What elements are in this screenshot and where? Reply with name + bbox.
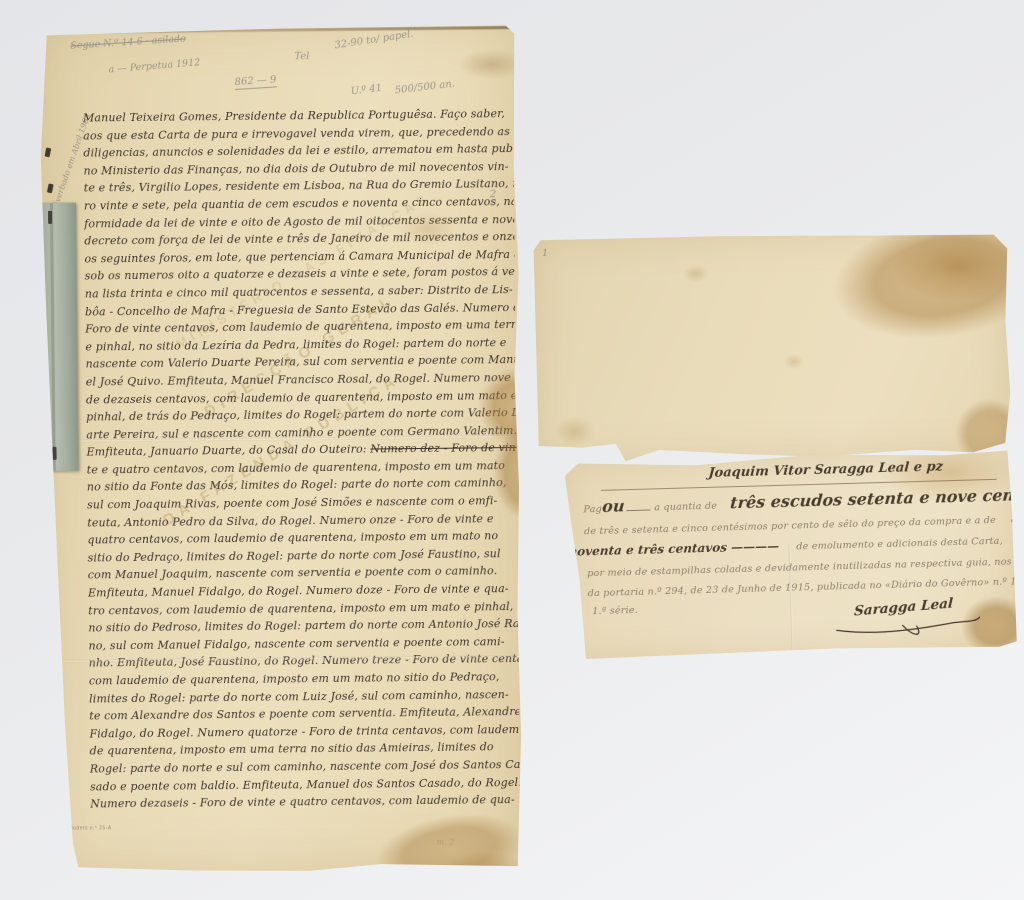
- binding-strip-fold: [50, 203, 56, 471]
- payer-name-handwriting: Joaquim Vitor Saragga Leal e pz: [708, 459, 944, 481]
- stain: [682, 265, 708, 283]
- printed-text: Pag: [583, 504, 602, 516]
- pencil-annotation: Segue N.º 14-6 · asilado: [70, 33, 186, 51]
- receipt-front-piece: Joaquim Vitor Saragga Leal e pz Pagoua q…: [560, 447, 1017, 660]
- pencil-annotation: 862 — 9: [234, 74, 277, 90]
- pencil-annotation: m. 2: [437, 838, 455, 847]
- photo-surface: MINISTÉRIO DAS FINANÇAS DIRECÇÃO GERAL D…: [0, 0, 1024, 900]
- worn-top-edge: [46, 26, 510, 34]
- staple: [52, 447, 56, 460]
- printed-text: a quantia de: [654, 501, 717, 514]
- pencil-annotation: a — Perpetua 1912: [108, 57, 200, 75]
- binding-strip: [34, 203, 79, 471]
- pencil-annotation: 32-90 to/ papel.: [334, 29, 414, 52]
- pencil-annotation: 500/500 an.: [394, 79, 455, 97]
- pencil-annotation: 1: [542, 249, 548, 259]
- stain: [441, 851, 531, 892]
- pencil-annotation: U.º 41: [350, 83, 382, 98]
- deed-document: MINISTÉRIO DAS FINANÇAS DIRECÇÃO GERAL D…: [36, 15, 525, 878]
- stain: [555, 416, 595, 447]
- blank-rule: [626, 500, 650, 512]
- receipt-back-piece: 1: [532, 230, 1011, 463]
- stain: [370, 803, 530, 899]
- pencil-annotation: Tel: [294, 51, 309, 62]
- stain: [825, 201, 1024, 353]
- printed-text: da portaria n.º 294, de 23 de Junho de 1…: [588, 576, 1024, 599]
- stain: [892, 230, 1023, 302]
- form-model-number: Modelo n.º 25-A: [68, 825, 111, 831]
- stain: [456, 49, 526, 80]
- signature-block: Saragga Leal: [854, 595, 953, 617]
- edge-mark: [47, 183, 54, 193]
- manuscript-line: Numero dezaseis - Foro de vinte e quatro…: [90, 791, 520, 813]
- stain: [784, 353, 804, 369]
- amount-in-words: um escudo: [1011, 509, 1024, 525]
- signature-flourish: [832, 610, 983, 640]
- edge-mark: [45, 147, 52, 157]
- manuscript-body: Manuel Teixeira Gomes, Presidente da Rep…: [83, 105, 520, 813]
- handwritten-fill: ou: [601, 496, 625, 516]
- receipt-line-serie: 1.ª série.: [592, 598, 638, 618]
- staple: [48, 211, 52, 224]
- printed-text: 1.ª série.: [592, 605, 638, 617]
